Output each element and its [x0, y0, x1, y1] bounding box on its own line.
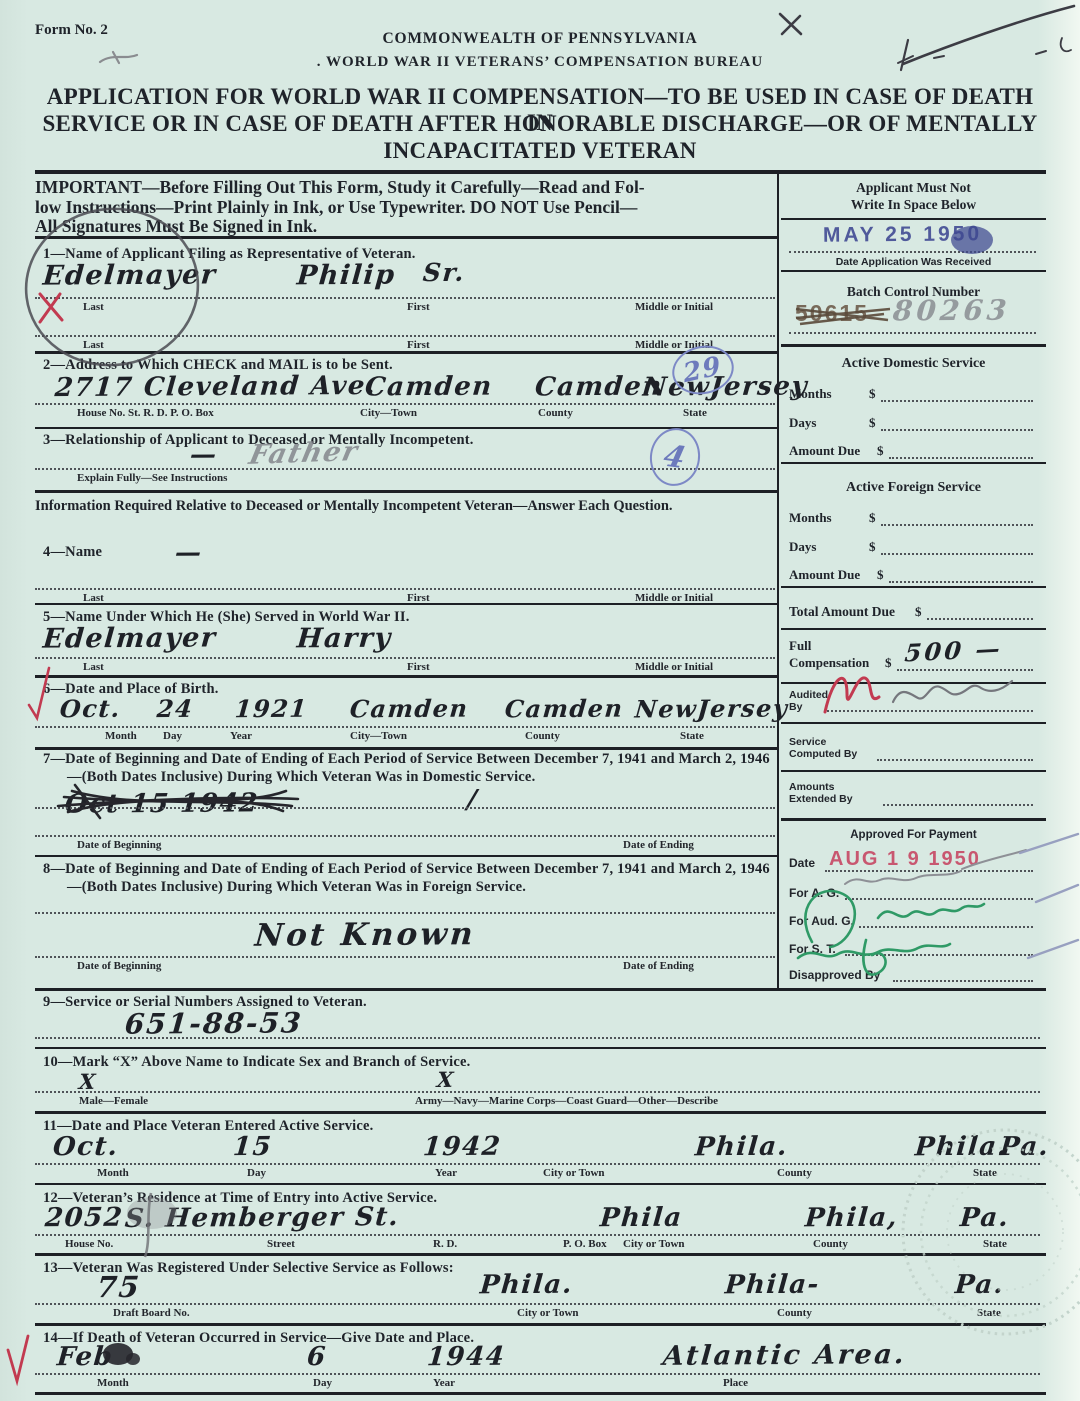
q10-col-branch: Army—Navy—Marine Corps—Coast Guard—Other…	[415, 1095, 718, 1107]
q6-city-value: Camden	[349, 694, 470, 724]
scanned-form-page: Form No. 2 COMMONWEALTH OF PENNSYLVANIA …	[0, 0, 1080, 1401]
q7-col-end: Date of Ending	[623, 839, 694, 851]
date-received-stamp: MAY 25 1950	[823, 222, 982, 247]
office-use-column: Applicant Must Not Write In Space Below …	[781, 170, 1046, 990]
dollar-sign: $	[915, 604, 922, 620]
q14-place-value: Atlantic Area.	[662, 1339, 908, 1372]
q14-col-day: Day	[313, 1377, 332, 1389]
q8-value: Not Known	[253, 916, 477, 954]
section-q11: 11—Date and Place Veteran Entered Active…	[35, 1115, 1046, 1183]
divider	[35, 1253, 1046, 1256]
fill-line	[927, 618, 1033, 620]
fill-line	[35, 1373, 1040, 1375]
q2-col-city: City—Town	[360, 407, 417, 419]
important-line2: low Instructions—Print Plainly in Ink, o…	[35, 198, 777, 218]
domestic-service-header: Active Domestic Service	[781, 356, 1046, 372]
form-title-line3: INCAPACITATED VETERAN	[35, 138, 1045, 164]
important-notice: IMPORTANT—Before Filling Out This Form, …	[35, 178, 777, 237]
q6-col-year: Year	[230, 730, 252, 742]
q13-state-value: Pa.	[954, 1270, 1006, 1300]
fill-line	[883, 804, 1033, 806]
q14-col-month: Month	[97, 1377, 129, 1389]
divider	[35, 490, 777, 493]
q2-col-address: House No. St. R. D. P. O. Box	[77, 407, 214, 419]
q11-col-month: Month	[97, 1167, 129, 1179]
fill-line	[35, 297, 775, 299]
fill-line	[35, 1091, 1040, 1093]
fill-line	[35, 657, 775, 659]
domestic-days-label: Days	[789, 415, 816, 431]
red-check-q14	[8, 1336, 28, 1381]
q11-col-city: City or Town	[543, 1167, 605, 1179]
fill-line	[877, 759, 1033, 761]
section-q4: 4—Name — Last First Middle or Initial	[35, 538, 777, 603]
q5-last-value: Edelmayer	[42, 622, 218, 654]
q8-label: 8—Date of Beginning and Date of Ending o…	[43, 861, 779, 896]
for-audg-label: For Aud. G.	[789, 914, 854, 928]
fill-line	[881, 400, 1033, 402]
q12-city-value: Phila	[599, 1203, 684, 1234]
fill-line	[35, 912, 775, 914]
divider	[781, 682, 1046, 684]
q2-col-county: County	[538, 407, 573, 419]
q2-city-value: Camden	[364, 372, 494, 403]
q4-label: 4—Name	[43, 544, 104, 562]
full-compensation-value: 500 —	[903, 633, 1004, 667]
q1-col-last: Last	[83, 301, 104, 313]
q7-slash-mark: /	[466, 785, 479, 815]
dollar-sign: $	[877, 443, 884, 459]
divider	[35, 675, 777, 678]
divider	[781, 722, 1046, 724]
for-st-label: For S. T.	[789, 942, 836, 956]
divider	[781, 270, 1046, 272]
divider	[781, 586, 1046, 588]
q1-col-first: First	[407, 301, 430, 313]
fill-line	[35, 588, 775, 590]
q12-col-street: Street	[267, 1238, 295, 1250]
divider	[781, 462, 1046, 464]
office-notice-line2: Write In Space Below	[781, 197, 1046, 213]
audited-label1: Audited	[789, 689, 828, 701]
divider	[781, 770, 1046, 772]
q12-col-city: City or Town	[623, 1238, 685, 1250]
audited-label2: By	[789, 701, 802, 713]
dollar-sign: $	[885, 655, 892, 671]
annotation-4: 4	[660, 438, 690, 475]
divider	[35, 1183, 1046, 1185]
q6-col-month: Month	[105, 730, 137, 742]
q12-street-value: S. Hemberger St.	[124, 1202, 401, 1234]
dollar-sign: $	[869, 539, 876, 555]
q4-dash-mark: —	[174, 538, 204, 568]
fill-line	[897, 669, 1033, 671]
q11-day-value: 15	[232, 1132, 274, 1162]
q3-relationship-value: Father	[246, 436, 361, 471]
form-number: Form No. 2	[35, 22, 108, 39]
divider	[35, 1323, 1046, 1326]
date-received-label: Date Application Was Received	[781, 256, 1046, 268]
fill-line	[845, 954, 1033, 956]
fill-line	[35, 1234, 1040, 1236]
fill-line	[35, 403, 775, 405]
q1-col-first2: First	[407, 339, 430, 351]
q1-middle-value: Sr.	[422, 258, 467, 287]
form-title-line2: SERVICE OR IN CASE OF DEATH AFTER HONORA…	[35, 111, 1045, 137]
q11-state-value: Pa.	[999, 1132, 1051, 1162]
approved-date-stamp: AUG 1 9 1950	[829, 848, 981, 871]
foreign-days-label: Days	[789, 539, 816, 555]
q14-col-place: Place	[723, 1377, 748, 1389]
fill-line	[789, 251, 1036, 253]
annotation-29: 29	[682, 351, 724, 389]
divider	[35, 427, 777, 429]
q6-col-state: State	[680, 730, 704, 742]
q3-col-explain: Explain Fully—See Instructions	[77, 472, 227, 484]
q1-col-middle: Middle or Initial	[635, 301, 713, 313]
q7-label: 7—Date of Beginning and Date of Ending o…	[43, 751, 779, 786]
dollar-sign: $	[877, 567, 884, 583]
section-q12: 12—Veteran’s Residence at Time of Entry …	[35, 1187, 1046, 1253]
for-ag-label: For A. G.	[789, 886, 839, 900]
q14-month-value: Feb	[56, 1342, 115, 1372]
approved-date-label: Date	[789, 856, 815, 870]
dollar-sign: $	[869, 415, 876, 431]
amounts-extended-label2: Extended By	[789, 793, 853, 805]
q6-col-county: County	[525, 730, 560, 742]
domestic-amount-label: Amount Due	[789, 443, 860, 459]
fill-line	[35, 1163, 1040, 1165]
q6-day-value: 24	[156, 694, 195, 723]
fill-line	[35, 835, 775, 837]
fill-line	[35, 726, 775, 728]
q8-col-begin: Date of Beginning	[77, 960, 161, 972]
q4-col-last: Last	[83, 592, 104, 604]
amounts-extended-label1: Amounts	[789, 781, 835, 793]
q4-col-middle: Middle or Initial	[635, 592, 713, 604]
q11-county-value: Phila.	[914, 1132, 1010, 1163]
section-q13: 13—Veteran Was Registered Under Selectiv…	[35, 1257, 1046, 1323]
q2-address-value: 2717 Cleveland Ave.	[54, 371, 378, 403]
divider	[35, 351, 777, 354]
disapproved-label: Disapproved By	[789, 968, 880, 982]
section-q5: 5—Name Under Which He (She) Served in Wo…	[35, 607, 777, 675]
dollar-sign: $	[869, 510, 876, 526]
q11-month-value: Oct.	[52, 1132, 120, 1162]
fill-line	[827, 710, 1033, 712]
divider	[781, 818, 1046, 821]
fill-line	[881, 553, 1033, 555]
q4-col-first: First	[407, 592, 430, 604]
q13-city-value: Phila.	[479, 1270, 575, 1301]
q12-house-value: 2052	[44, 1203, 125, 1234]
fill-line	[789, 332, 1036, 334]
divider	[781, 218, 1046, 220]
q6-col-city: City—Town	[350, 730, 407, 742]
q2-col-state: State	[683, 407, 707, 419]
q13-col-city: City or Town	[517, 1307, 579, 1319]
q12-col-rd: R. D.	[433, 1238, 457, 1250]
q6-state-value: NewJersey	[634, 693, 790, 723]
important-line3: All Signatures Must Be Signed in Ink.	[35, 217, 777, 237]
q12-col-house: House No.	[65, 1238, 113, 1250]
q10-branch-mark: X	[436, 1067, 456, 1092]
q6-month-value: Oct.	[59, 694, 122, 723]
section-q8: 8—Date of Beginning and Date of Ending o…	[35, 859, 777, 987]
q11-year-value: 1942	[422, 1132, 503, 1163]
q14-col-year: Year	[433, 1377, 455, 1389]
q13-col-county: County	[777, 1307, 812, 1319]
fill-line	[35, 956, 775, 958]
section-q6: 6—Date and Place of Birth. Oct. 24 1921 …	[35, 679, 777, 747]
fill-line	[35, 807, 775, 809]
fill-line	[35, 1037, 1040, 1039]
dollar-sign: $	[869, 386, 876, 402]
q13-draftboard-value: 75	[96, 1270, 142, 1304]
divider	[35, 1111, 1046, 1114]
commonwealth-title: COMMONWEALTH OF PENNSYLVANIA	[285, 30, 795, 48]
domestic-months-label: Months	[789, 386, 832, 402]
q12-state-value: Pa.	[959, 1203, 1011, 1233]
section-q2: 2—Address to Which CHECK and MAIL is to …	[35, 355, 777, 427]
total-amount-label: Total Amount Due	[789, 604, 895, 620]
q11-col-state: State	[973, 1167, 997, 1179]
q12-county-value: Phila,	[804, 1203, 900, 1234]
office-notice-line1: Applicant Must Not	[781, 180, 1046, 196]
q3-dash-mark: —	[189, 440, 219, 470]
bureau-title: . WORLD WAR II VETERANS’ COMPENSATION BU…	[285, 54, 795, 71]
full-compensation-label1: Full	[789, 638, 811, 654]
q1-col-last2: Last	[83, 339, 104, 351]
q6-year-value: 1921	[234, 694, 309, 724]
q1-first-value: Philip	[296, 260, 397, 292]
fill-line	[889, 581, 1033, 583]
q5-col-middle: Middle or Initial	[635, 661, 713, 673]
q6-county-value: Camden	[504, 694, 625, 724]
q12-col-pobox: P. O. Box	[563, 1238, 607, 1250]
divider	[35, 855, 777, 857]
section-q9: 9—Service or Serial Numbers Assigned to …	[35, 992, 1046, 1047]
q13-county-value: Phila-	[724, 1270, 821, 1301]
fill-line	[35, 335, 775, 337]
q10-label: 10—Mark “X” Above Name to Indicate Sex a…	[43, 1054, 470, 1072]
fill-line	[889, 457, 1033, 459]
q14-day-value: 6	[306, 1342, 328, 1372]
q9-serial-value: 651-88-53	[124, 1006, 304, 1040]
q7-col-begin: Date of Beginning	[77, 839, 161, 851]
q5-col-last: Last	[83, 661, 104, 673]
q11-col-day: Day	[247, 1167, 266, 1179]
service-computed-label1: Service	[789, 736, 826, 748]
service-computed-label2: Computed By	[789, 748, 857, 760]
pencil-scuff-top-left	[100, 52, 137, 63]
fill-line	[35, 1303, 1040, 1305]
q11-city-value: Phila.	[694, 1132, 790, 1163]
fill-line	[845, 898, 1033, 900]
q14-year-value: 1944	[426, 1342, 507, 1373]
divider	[781, 628, 1046, 630]
divider	[781, 344, 1046, 347]
section-q10: 10—Mark “X” Above Name to Indicate Sex a…	[35, 1051, 1046, 1111]
q12-col-county: County	[813, 1238, 848, 1250]
q13-col-state: State	[977, 1307, 1001, 1319]
fill-line	[893, 980, 1033, 982]
q5-first-value: Harry	[296, 623, 393, 655]
batch-number-stamp: 50615	[795, 300, 869, 327]
foreign-amount-label: Amount Due	[789, 567, 860, 583]
q13-col-draft: Draft Board No.	[113, 1307, 190, 1319]
fill-line	[859, 926, 1033, 928]
q7-crossed-value: Oct 15 1942	[64, 788, 260, 819]
fill-line	[881, 524, 1033, 526]
important-line1: IMPORTANT—Before Filling Out This Form, …	[35, 178, 777, 198]
q11-col-county: County	[777, 1167, 812, 1179]
pen-marks-top	[780, 6, 1074, 70]
info-note: Information Required Relative to Decease…	[35, 497, 795, 515]
batch-number-handwritten: 80263	[892, 294, 1012, 328]
q10-col-sex: Male—Female	[79, 1095, 148, 1107]
divider	[35, 1047, 1046, 1049]
full-compensation-label2: Compensation	[789, 655, 869, 671]
fill-line	[881, 429, 1033, 431]
approved-for-payment-header: Approved For Payment	[781, 829, 1046, 841]
section-q7: 7—Date of Beginning and Date of Ending o…	[35, 749, 777, 855]
section-q14: 14—If Death of Veteran Occurred in Servi…	[35, 1327, 1046, 1393]
foreign-service-header: Active Foreign Service	[781, 480, 1046, 496]
q12-col-state: State	[983, 1238, 1007, 1250]
q11-col-year: Year	[435, 1167, 457, 1179]
q5-col-first: First	[407, 661, 430, 673]
q6-col-day: Day	[163, 730, 182, 742]
foreign-months-label: Months	[789, 510, 832, 526]
q8-col-end: Date of Ending	[623, 960, 694, 972]
fill-line	[825, 870, 1033, 872]
section-q1: 1—Name of Applicant Filing as Representa…	[35, 243, 777, 351]
q1-last-value: Edelmayer	[42, 259, 218, 291]
